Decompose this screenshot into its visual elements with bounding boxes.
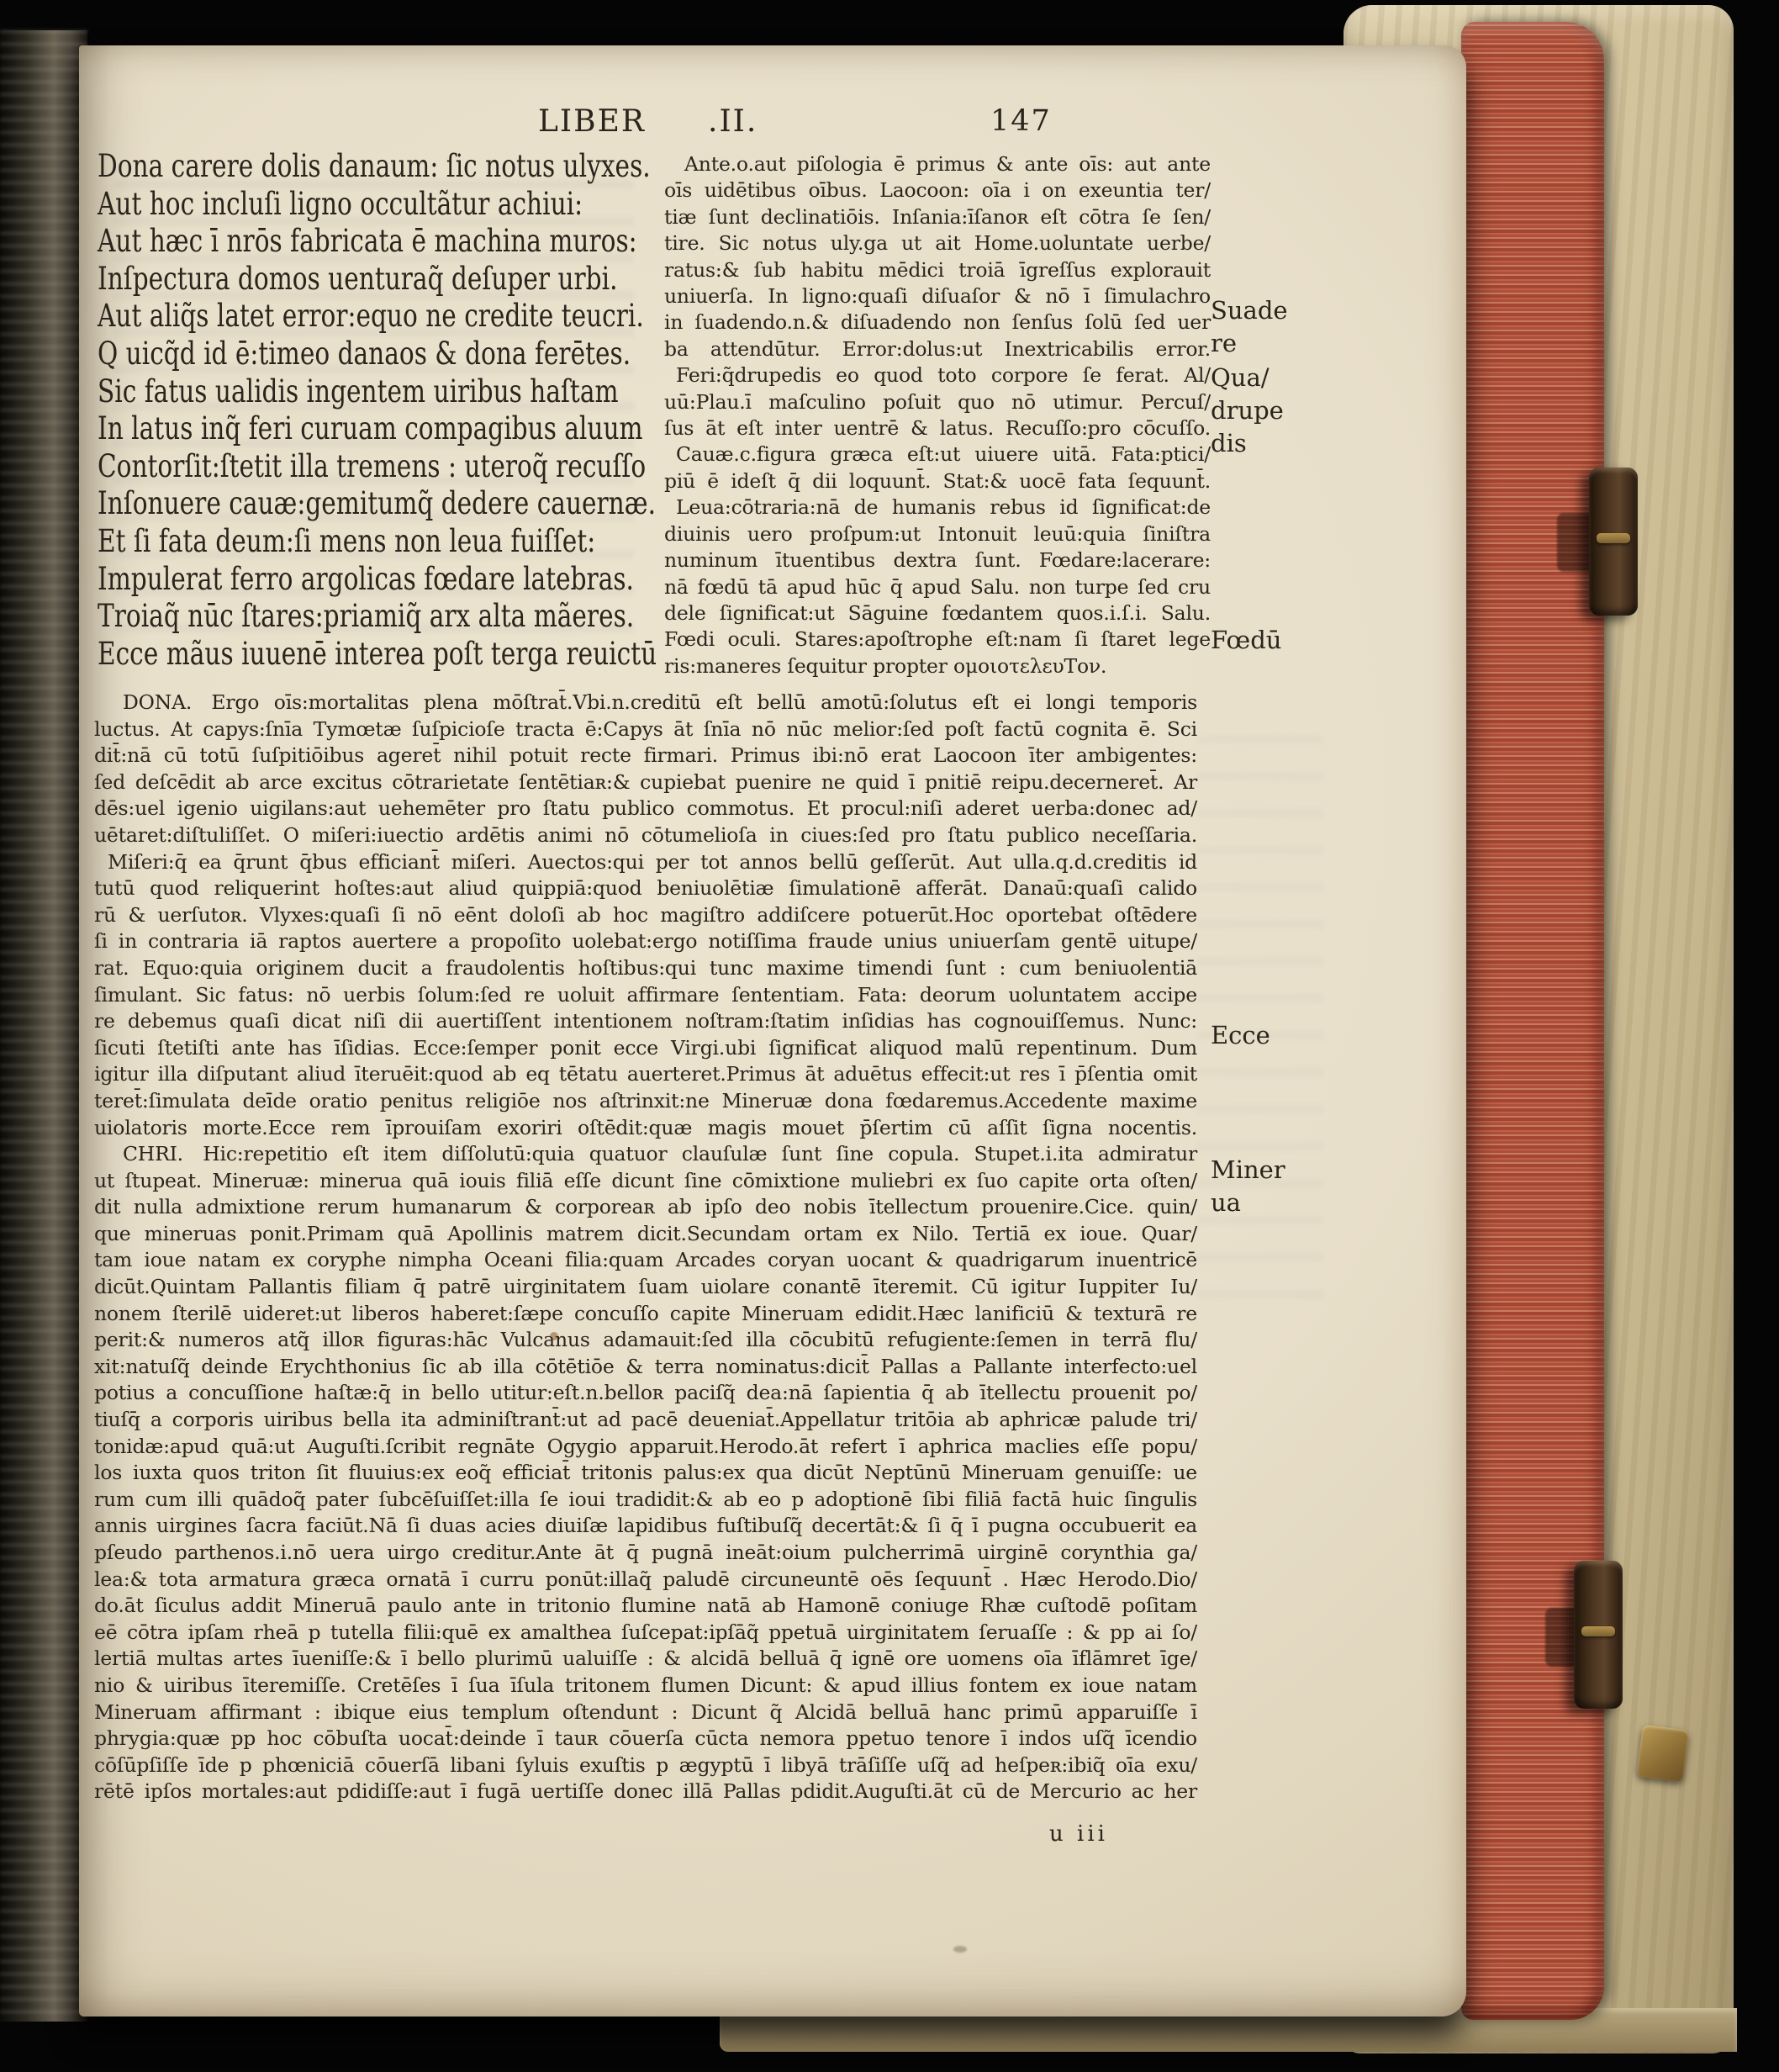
main-text-line: CHRI. Hic:repetitio eſt item diſſolutū:q… xyxy=(94,1141,1197,1168)
main-text-line: Miſeri:q̄ ea q̄runt q̄bus efficiant̄ miſ… xyxy=(94,849,1197,876)
commentary-line: in ſuadendo.n.& diſuadendo non ſenſus ſo… xyxy=(664,309,1211,336)
main-text-line: annis uirgines ſacra faciūt.Nā ſi duas a… xyxy=(94,1513,1197,1540)
clasp-pin xyxy=(1581,1626,1615,1636)
red-fore-edge xyxy=(1461,22,1604,2020)
poem-line: Et ſi fata deum:ſi mens non leua fuiſſet… xyxy=(98,523,667,561)
margin-note-foedu: Fœdū xyxy=(1211,624,1281,657)
clasp-pin xyxy=(1597,533,1630,543)
main-text-line: ſed deſcēdit ab arce excitus cōtrarietat… xyxy=(94,769,1197,796)
main-text-line: igitur illa diſputant aliud īteruēit:quo… xyxy=(94,1061,1197,1088)
main-text-line: rētē ipſos mortales:aut pdidiſſe:aut ī f… xyxy=(94,1779,1197,1805)
poem-line: Sic fatus ualidis ingentem uiribus haſta… xyxy=(98,373,667,411)
main-text-line: perit:& numeros atq̃ illoʀ figuras:hāc V… xyxy=(94,1327,1197,1354)
main-text-line: teret̄:ſimulata deīde oratio penitus rel… xyxy=(94,1088,1197,1115)
commentary-line: tire. Sic notus uly.ga ut ait Home.uolun… xyxy=(664,230,1211,256)
poem-line: Ecce mãus iuuenē interea poſt terga reui… xyxy=(98,636,667,674)
poem-line: Aut aliq̃s latet error:equo ne credite t… xyxy=(98,298,667,336)
main-text-line: nio & uiribus īteremiſſe. Cretēſes ī ſua… xyxy=(94,1673,1197,1699)
main-text-line: DONA. Ergo oīs:mortalitas plena mōſtrat̄… xyxy=(94,690,1197,716)
commentary-line: dele ſignificat:ut Sāguine fœdantem quos… xyxy=(664,600,1211,626)
margin-note-suadere: Suadere xyxy=(1211,294,1288,360)
main-text-line: dēs:uel igenio uigilans:aut uehemēter pr… xyxy=(94,795,1197,822)
main-text-line: potius a concuſſione haſtæ:q̄ in bello u… xyxy=(94,1380,1197,1407)
commentary-line: Cauæ.c.figura græca eſt:ut uiuere uitā. … xyxy=(664,441,1211,468)
main-text-line: nonem ſterilē uideret:ut liberos haberet… xyxy=(94,1301,1197,1328)
signature-mark: u iii xyxy=(1049,1821,1108,1847)
commentary-line: Fœdi oculi. Stares:apoſtrophe eſt:nam ſi… xyxy=(664,626,1211,653)
main-commentary-block: DONA. Ergo oīs:mortalitas plena mōſtrat̄… xyxy=(94,690,1197,1805)
margin-note-line: re xyxy=(1211,327,1288,360)
poem-line: Impulerat ferro argolicas fœdare latebra… xyxy=(98,561,667,599)
main-text-line: lea:& tota armatura græca ornatā ī curru… xyxy=(94,1567,1197,1594)
left-page-edge xyxy=(0,30,87,2022)
commentary-line: Ante.o.aut piſologia ē primus & ante oīs… xyxy=(664,151,1211,177)
commentary-line: ratus:& ſub habitu mēdici troiā īgreſſus… xyxy=(664,257,1211,283)
commentary-line: Feri:q̃drupedis eo quod toto corpore ſe … xyxy=(664,362,1211,388)
commentary-line: ba attendūtur. Error:dolus:ut Inextricab… xyxy=(664,336,1211,362)
clasp-top xyxy=(1589,468,1638,616)
clasp-catch-plate xyxy=(1636,1725,1689,1782)
main-text-line: ſi in contraria iā raptos auertere a pro… xyxy=(94,928,1197,955)
poem-line: Inſpectura domos uenturaq̃ deſuper urbi. xyxy=(98,261,667,299)
page-number: 147 xyxy=(990,104,1052,138)
book-photo: LIBER .II. 147 Dona carere dolis danaum:… xyxy=(0,0,1779,2072)
main-text-line: rat. Equo:quia originem ducit a fraudole… xyxy=(94,955,1197,982)
poem-line: Aut hæc ī nrōs fabricata ē machina muros… xyxy=(98,223,667,261)
main-text-line: rū & uerſutoʀ. Vlyxes:quaſi ſi nō eēnt d… xyxy=(94,902,1197,929)
commentary-line: oīs uidētibus oībus. Laocoon: oīa i on e… xyxy=(664,177,1211,203)
commentary-line: tiæ ſunt declinatiōis. Inſania:īſanoʀ eſ… xyxy=(664,204,1211,230)
poem-line: Inſonuere cauæ:gemitumq̃ dedere cauernæ. xyxy=(98,485,667,523)
commentary-line: uniuerſa. In ligno:quaſi diſuaſor & nō ī… xyxy=(664,283,1211,309)
main-text-line: tam ioue natam ex coryphe nimpha Oceani … xyxy=(94,1247,1197,1274)
poem-line: Q uicq̃d id ē:timeo danaos & dona ferēte… xyxy=(98,336,667,373)
margin-note-line: Suade xyxy=(1211,294,1288,327)
main-text-line: ſicuti ſtetiſti ante has īſidias. Ecce:ſ… xyxy=(94,1035,1197,1062)
main-text-line: los iuxta quos triton ſit fluuius:ex eoq… xyxy=(94,1460,1197,1487)
poem-line: Contorſit:ſtetit illa tremens : uteroq̃ … xyxy=(98,448,667,486)
margin-note-line: drupe xyxy=(1211,394,1284,427)
commentary-line: nā fœdū tā apud hūc q̄ apud Salu. non tu… xyxy=(664,574,1211,600)
running-title-book: LIBER xyxy=(538,104,646,139)
main-text-line: re debemus quaſi dicat niſi dii auertiſſ… xyxy=(94,1008,1197,1035)
clasp-bottom xyxy=(1574,1561,1623,1709)
margin-note-minerua: Minerua xyxy=(1211,1154,1285,1219)
main-text-line: Mineruam affirmant : ibique eius templum… xyxy=(94,1699,1197,1726)
main-text-line: xit:natuſq̃ deinde Erychthonius ſic ab i… xyxy=(94,1354,1197,1381)
main-text-line: dit̄:nā cū totū ſuſpitiōibus ageret̄ nih… xyxy=(94,743,1197,769)
commentary-line: piū ē ideſt q̄ dii loquunt̄. Stat:& uocē… xyxy=(664,468,1211,494)
commentary-line: diuinis uero proſpum:ut Intonuit leuū:qu… xyxy=(664,521,1211,547)
main-text-line: pſeudo parthenos.i.nō uera uirgo creditu… xyxy=(94,1540,1197,1567)
main-text-line: cōſūpſiſſe īde p phœniciā cōuerſā libani… xyxy=(94,1752,1197,1779)
main-text-line: tutū quod reliquerint hoſtes:aut aliud q… xyxy=(94,875,1197,902)
running-title-number: .II. xyxy=(708,104,758,139)
main-text-line: uiolatoris morte.Ecce rem īprouiſam exor… xyxy=(94,1115,1197,1142)
main-text-line: tiuſq̄ a corporis uiribus bella ita admi… xyxy=(94,1407,1197,1434)
main-text-line: dit nulla admixtione rerum humanarum & c… xyxy=(94,1194,1197,1221)
main-text-line: dicūt.Quintam Pallantis filiam q̄ patrē … xyxy=(94,1274,1197,1301)
commentary-line: ſus āt eſt inter uentrē & latus. Recuſſo… xyxy=(664,415,1211,441)
commentary-line: numinum ītuentibus dextra ſunt. Fœdare:l… xyxy=(664,547,1211,573)
margin-note-quadrupedis: Qua/drupedis xyxy=(1211,362,1284,460)
commentary-line: Leua:cōtraria:nā de humanis rebus id ſig… xyxy=(664,494,1211,521)
poem-line: Troiaq̃ nūc ſtares:priamiq̃ arx alta mãe… xyxy=(98,598,667,636)
main-text-line: tonidæ:apud quā:ut Auguſti.ſcribit regnā… xyxy=(94,1434,1197,1461)
poem-line: Aut hoc incluſi ligno occultãtur achiui: xyxy=(98,186,667,224)
main-text-line: que mineruas ponit.Primam quā Apollinis … xyxy=(94,1221,1197,1248)
margin-note-line: Miner xyxy=(1211,1154,1285,1187)
commentary-column: Ante.o.aut piſologia ē primus & ante oīs… xyxy=(664,151,1211,679)
paper-stain xyxy=(953,1946,967,1953)
main-text-line: ut ſtupeat. Mineruæ: minerua quā iouis f… xyxy=(94,1168,1197,1195)
main-text-line: uētaret:diſtuliſſet. O miſeri:iuectio ar… xyxy=(94,822,1197,849)
main-text-line: ſimulant. Sic fatus: nō uerbis ſolum:ſed… xyxy=(94,982,1197,1009)
margin-note-line: ua xyxy=(1211,1187,1285,1219)
main-text-line: luctus. At capys:ſnīa Tymœtæ ſuſpicioſe … xyxy=(94,716,1197,743)
main-text-line: phrygia:quæ pp hoc cōbuſta uocat̄:deinde… xyxy=(94,1726,1197,1752)
margin-note-line: Ecce xyxy=(1211,1019,1270,1052)
commentary-line: ris:maneres ſequitur propter ομοιοτελευΤ… xyxy=(664,653,1211,679)
commentary-line: uū:Plau.ī maſculino poſuit quo nō utimur… xyxy=(664,389,1211,415)
margin-note-line: dis xyxy=(1211,427,1284,460)
main-text-line: lertiā multas artes īueniſſe:& ī bello p… xyxy=(94,1646,1197,1673)
margin-note-ecce: Ecce xyxy=(1211,1019,1270,1052)
main-text-line: do.āt ſiculus addit Mineruā paulo ante i… xyxy=(94,1593,1197,1620)
poem-column: Dona carere dolis danaum: ſic notus ulyx… xyxy=(98,148,667,673)
poem-line: In latus inq̃ feri curuam compagibus alu… xyxy=(98,410,667,448)
poem-line: Dona carere dolis danaum: ſic notus ulyx… xyxy=(98,148,667,186)
margin-note-line: Qua/ xyxy=(1211,362,1284,394)
margin-note-line: Fœdū xyxy=(1211,624,1281,657)
main-text-line: rum cum illi quādoq̃ pater ſubcēſuiſſet:… xyxy=(94,1487,1197,1514)
main-text-line: eē cōtra ipſam rheā p tutella filii:quē … xyxy=(94,1620,1197,1646)
